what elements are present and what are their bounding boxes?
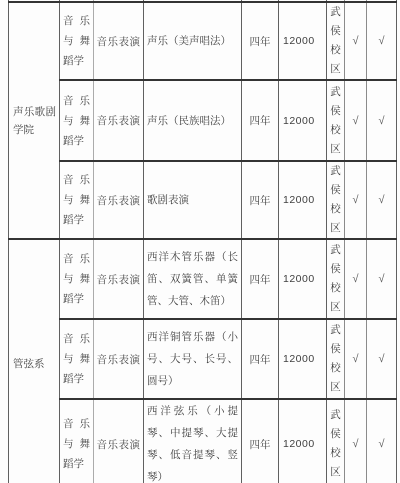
degree-category-cell: 音乐与舞蹈学 — [60, 239, 94, 319]
table-row: 音乐与舞蹈学 音乐表演 西洋铜管乐器（小号、大号、长号、圆号） 四年 12000… — [9, 319, 397, 399]
major-cell: 音乐表演 — [94, 161, 144, 239]
college-cell: 管弦系 — [9, 239, 60, 483]
major-cell: 音乐表演 — [94, 319, 144, 399]
table-row: 声乐歌剧学院 音乐与舞蹈学 音乐表演 声乐（美声唱法） 四年 12000 武侯校… — [9, 2, 397, 80]
tuition-cell: 12000 — [279, 80, 327, 161]
check-cell-2: √ — [367, 2, 397, 80]
duration-cell: 四年 — [242, 319, 279, 399]
direction-cell: 声乐（民族唱法） — [144, 80, 242, 161]
campus-label: 武侯校区 — [330, 241, 342, 317]
check-cell-2: √ — [367, 319, 397, 399]
duration-cell: 四年 — [242, 399, 279, 483]
tuition-cell: 12000 — [279, 161, 327, 239]
degree-category-cell: 音乐与舞蹈学 — [60, 319, 94, 399]
check-cell-1: √ — [345, 161, 367, 239]
campus-label: 武侯校区 — [330, 162, 342, 238]
tuition-cell: 12000 — [279, 319, 327, 399]
table-row: 音乐与舞蹈学 音乐表演 歌剧表演 四年 12000 武侯校区 √ √ — [9, 161, 397, 239]
major-cell: 音乐表演 — [94, 2, 144, 80]
direction-cell: 声乐（美声唱法） — [144, 2, 242, 80]
tuition-cell: 12000 — [279, 399, 327, 483]
check-cell-1: √ — [345, 2, 367, 80]
direction-cell: 西洋木管乐器（长笛、双簧管、单簧管、大管、木笛） — [144, 239, 242, 319]
table-row: 音乐与舞蹈学 音乐表演 声乐（民族唱法） 四年 12000 武侯校区 √ √ — [9, 80, 397, 161]
tuition-cell: 12000 — [279, 2, 327, 80]
campus-cell: 武侯校区 — [327, 161, 345, 239]
direction-cell: 西洋铜管乐器（小号、大号、长号、圆号） — [144, 319, 242, 399]
table-row: 管弦系 音乐与舞蹈学 音乐表演 西洋木管乐器（长笛、双簧管、单簧管、大管、木笛）… — [9, 239, 397, 319]
campus-label: 武侯校区 — [330, 3, 342, 79]
campus-cell: 武侯校区 — [327, 80, 345, 161]
campus-label: 武侯校区 — [330, 406, 342, 482]
college-cell: 声乐歌剧学院 — [9, 2, 60, 239]
campus-label: 武侯校区 — [330, 321, 342, 397]
degree-category-cell: 音乐与舞蹈学 — [60, 80, 94, 161]
check-cell-1: √ — [345, 399, 367, 483]
check-cell-2: √ — [367, 161, 397, 239]
duration-cell: 四年 — [242, 2, 279, 80]
campus-cell: 武侯校区 — [327, 2, 345, 80]
major-cell: 音乐表演 — [94, 239, 144, 319]
degree-category-cell: 音乐与舞蹈学 — [60, 161, 94, 239]
campus-label: 武侯校区 — [330, 83, 342, 159]
campus-cell: 武侯校区 — [327, 399, 345, 483]
major-cell: 音乐表演 — [94, 399, 144, 483]
check-cell-1: √ — [345, 80, 367, 161]
degree-category-cell: 音乐与舞蹈学 — [60, 399, 94, 483]
direction-cell: 歌剧表演 — [144, 161, 242, 239]
duration-cell: 四年 — [242, 239, 279, 319]
enrollment-document-page: 声乐歌剧学院 音乐与舞蹈学 音乐表演 声乐（美声唱法） 四年 12000 武侯校… — [0, 0, 400, 483]
campus-cell: 武侯校区 — [327, 239, 345, 319]
degree-category-cell: 音乐与舞蹈学 — [60, 2, 94, 80]
campus-cell: 武侯校区 — [327, 319, 345, 399]
check-cell-2: √ — [367, 80, 397, 161]
tuition-cell: 12000 — [279, 239, 327, 319]
table-row: 音乐与舞蹈学 音乐表演 西洋弦乐（小提琴、中提琴、大提琴、低音提琴、竖琴） 四年… — [9, 399, 397, 483]
major-cell: 音乐表演 — [94, 80, 144, 161]
check-cell-1: √ — [345, 319, 367, 399]
check-cell-2: √ — [367, 399, 397, 483]
check-cell-2: √ — [367, 239, 397, 319]
enrollment-table: 声乐歌剧学院 音乐与舞蹈学 音乐表演 声乐（美声唱法） 四年 12000 武侯校… — [8, 0, 397, 483]
duration-cell: 四年 — [242, 80, 279, 161]
duration-cell: 四年 — [242, 161, 279, 239]
check-cell-1: √ — [345, 239, 367, 319]
direction-cell: 西洋弦乐（小提琴、中提琴、大提琴、低音提琴、竖琴） — [144, 399, 242, 483]
